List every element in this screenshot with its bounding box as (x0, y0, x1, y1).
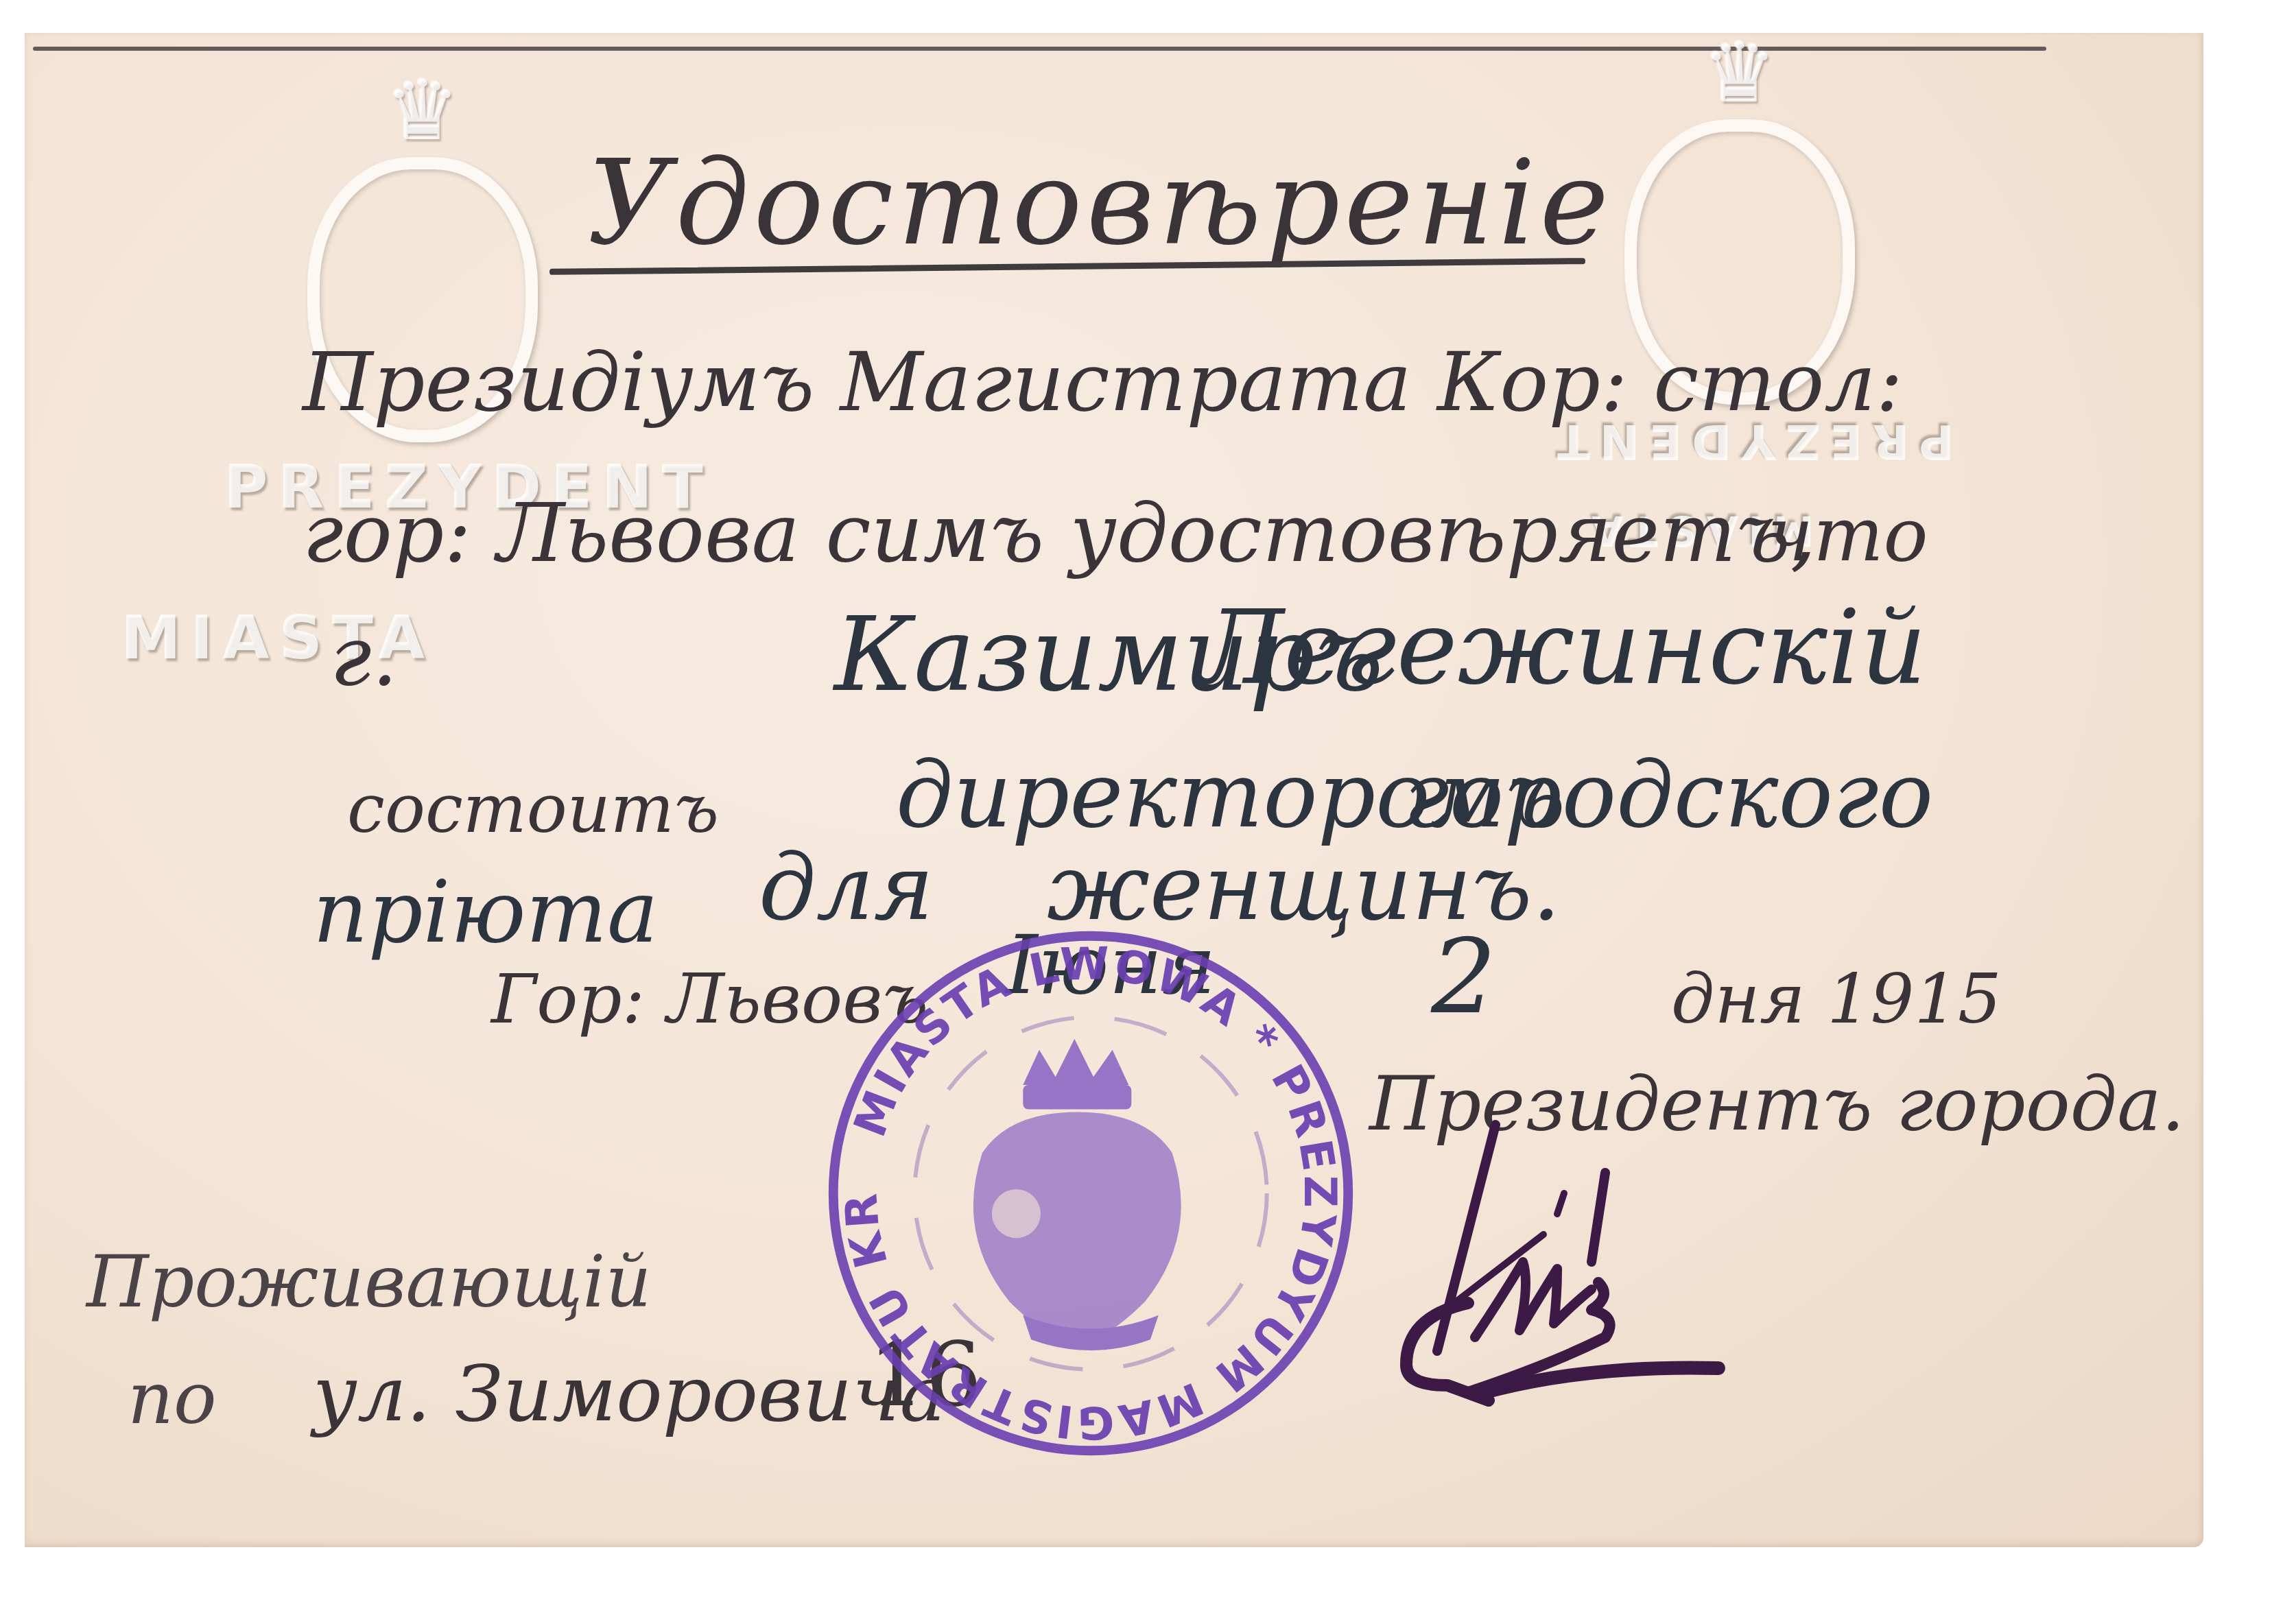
text-word-that: что (1767, 492, 1928, 578)
president-signature (1365, 1097, 1886, 1420)
text-org: городского (1404, 743, 1933, 848)
signature-scribble (1365, 1097, 1886, 1420)
text-honorific: г. (330, 609, 398, 704)
crown-icon: ♛ (1609, 33, 1870, 115)
text-residing: Проживающій (86, 1240, 652, 1324)
official-stamp: MIASTA LWOWA * PREZYDYUM MAGISTRATU KRÓL… (820, 922, 1362, 1464)
text-last-name: Легежинскій (1198, 588, 1927, 708)
stamp-seal-icon: MIASTA LWOWA * PREZYDYUM MAGISTRATU KRÓL… (820, 922, 1362, 1464)
text-line-certifies: гор: Львова симъ удостовѣряетъ, (303, 486, 1816, 580)
text-consists: состоитъ (347, 770, 719, 848)
text-line-presidium: Президіумъ Магистрата Кор: стол: (303, 335, 1903, 429)
document-title: Удостовѣреніе (587, 136, 1613, 272)
text-on: по (128, 1357, 217, 1440)
crown-icon: ♛ (292, 71, 553, 153)
text-shelter: пріюта (313, 863, 659, 962)
text-day: 2 (1431, 918, 1496, 1037)
text-date-year: дня 1915 (1671, 959, 2002, 1039)
